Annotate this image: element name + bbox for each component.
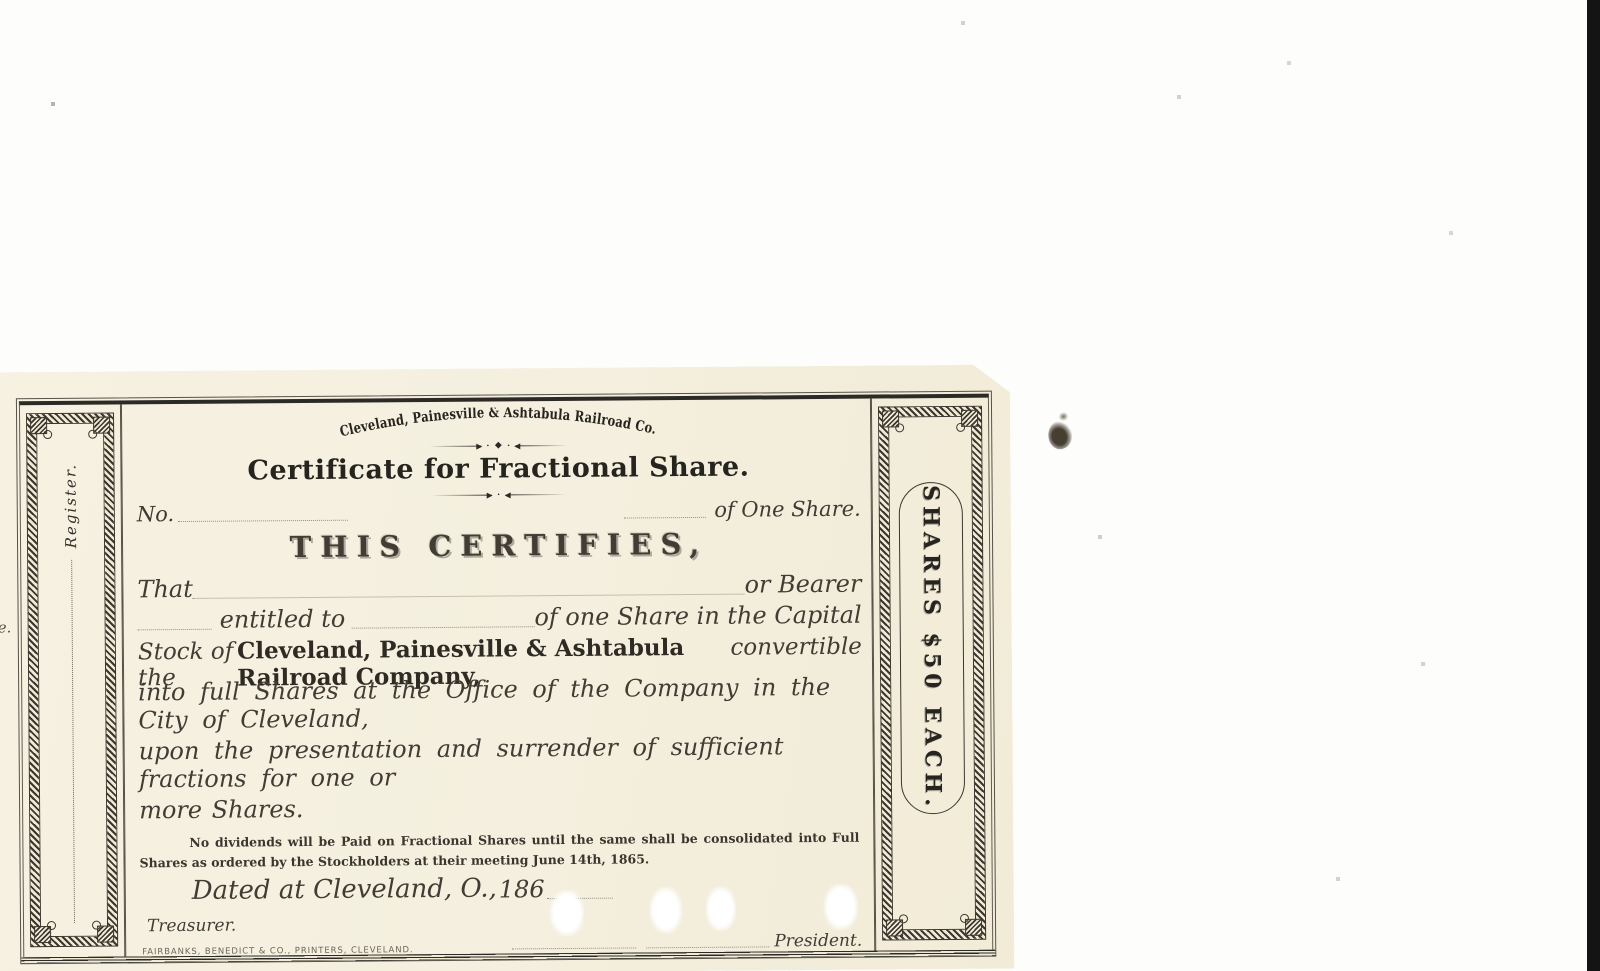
register-label: Register. [61, 463, 80, 549]
divider-line [432, 495, 492, 496]
ink-speck [1044, 418, 1075, 452]
number-label: No. [137, 502, 175, 526]
president-label: President. [774, 931, 862, 952]
divider-line [516, 445, 568, 446]
treasurer-label: Treasurer. [147, 916, 236, 937]
scan-white-spot [824, 884, 858, 930]
divider-line [429, 446, 481, 447]
capital-label: of one Share in the Capital [534, 601, 861, 632]
divider-dot: · [507, 442, 511, 451]
scroll-corner-icon [882, 410, 899, 427]
certificate-number-line: No. of One Share. [137, 497, 861, 527]
stub-content: Register. [40, 427, 104, 933]
share-price-label: SHARES $50 EACH. [918, 485, 947, 811]
margin-script-fragment: e. [0, 618, 11, 636]
register-stub: Register. [20, 404, 124, 961]
payee-blank [193, 594, 745, 599]
company-title: Cleveland, Painesville & Ashtabula Railr… [338, 405, 658, 441]
dust-specks [0, 0, 2, 2]
certificate-main: Cleveland, Painesville & Ashtabula Railr… [122, 399, 874, 961]
company-title-arch: Cleveland, Painesville & Ashtabula Railr… [136, 405, 860, 445]
payee-line: That or Bearer [137, 570, 861, 604]
document-title: Certificate for Fractional Share. [136, 451, 860, 488]
divider-diamond-icon: ◆ [495, 442, 502, 451]
stock-line: Stock of the Cleveland, Painesville & As… [138, 633, 862, 676]
panel-ornate-border: SHARES $50 EACH. [879, 407, 985, 940]
certificate-inner-frame: Register. Cleveland, Painesville & Ashta… [19, 394, 993, 962]
scan-white-spot [650, 887, 682, 933]
president-blank-2 [646, 946, 770, 948]
scanner-edge-strip [1587, 0, 1600, 971]
that-label: That [137, 575, 193, 603]
divider-line [506, 494, 566, 495]
shares-cartouche: SHARES $50 EACH. [899, 482, 966, 814]
scan-white-spot [550, 890, 584, 936]
scroll-corner-icon [965, 919, 982, 936]
scan-background: e. Register. [0, 0, 1600, 971]
shares-panel: SHARES $50 EACH. [872, 398, 992, 955]
entitled-blank-left [138, 629, 212, 631]
stock-certificate: e. Register. [0, 364, 1014, 971]
body-line-cleveland: into full Shares at the Office of the Co… [138, 673, 862, 735]
svg-text:Cleveland, Painesville & Ashta: Cleveland, Painesville & Ashtabula Railr… [338, 405, 658, 441]
year-prefix: 186 [499, 875, 545, 903]
scan-white-spot [706, 887, 736, 931]
number-blank [178, 520, 348, 522]
fraction-label: of One Share. [714, 497, 861, 522]
dated-prefix: Dated at Cleveland, O., [192, 874, 497, 906]
divider-dot: · [486, 442, 490, 451]
divider-dot: · [497, 491, 501, 500]
entitled-line: entitled to of one Share in the Capital [138, 601, 862, 635]
certificate-outer-frame: Register. Cleveland, Painesville & Ashta… [16, 391, 996, 965]
body-line-surrender: upon the presentation and surrender of s… [139, 732, 863, 794]
dividend-fine-print: No dividends will be Paid on Fractional … [139, 828, 863, 872]
bearer-label: or Bearer [744, 570, 861, 599]
fraction-blank [624, 517, 706, 519]
president-blank-1 [512, 947, 636, 949]
certifies-heading: THIS CERTIFIES, [137, 526, 861, 566]
entitled-label: entitled to [220, 605, 346, 634]
body-line-more-shares: more Shares. [139, 791, 863, 825]
scroll-corner-icon [886, 919, 903, 936]
stub-dotted-rule [71, 560, 75, 923]
spacer [348, 523, 624, 525]
scroll-corner-icon [961, 410, 978, 427]
convertible-label: convertible [730, 634, 862, 661]
entitled-blank-right [351, 626, 534, 628]
stub-ornate-border: Register. [27, 414, 117, 947]
